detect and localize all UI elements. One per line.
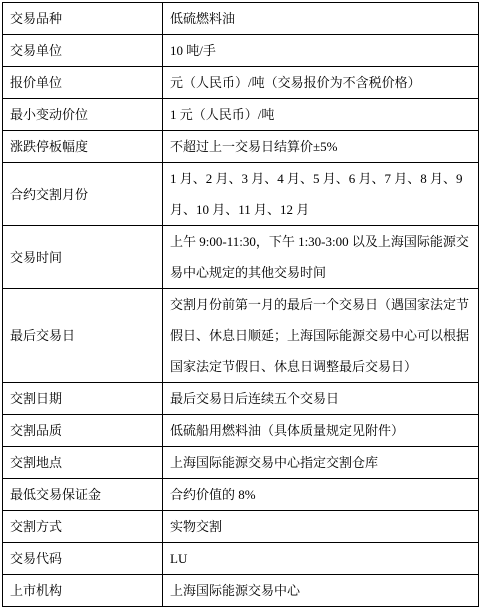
table-row: 交易品种低硫燃料油 — [3, 3, 479, 35]
spec-value: 10 吨/手 — [163, 35, 479, 67]
spec-label: 最小变动价位 — [3, 99, 163, 131]
spec-value: 最后交易日后连续五个交易日 — [163, 383, 479, 415]
spec-label: 交易单位 — [3, 35, 163, 67]
spec-label: 报价单位 — [3, 67, 163, 99]
table-row: 报价单位元（人民币）/吨（交易报价为不含税价格） — [3, 67, 479, 99]
spec-label: 交割地点 — [3, 447, 163, 479]
spec-label: 涨跌停板幅度 — [3, 131, 163, 163]
table-row: 涨跌停板幅度不超过上一交易日结算价±5% — [3, 131, 479, 163]
table-row: 交割日期最后交易日后连续五个交易日 — [3, 383, 479, 415]
spec-label: 交割品质 — [3, 415, 163, 447]
spec-value: 上海国际能源交易中心指定交割仓库 — [163, 447, 479, 479]
spec-value: 不超过上一交易日结算价±5% — [163, 131, 479, 163]
spec-value: 合约价值的 8% — [163, 479, 479, 511]
spec-label: 合约交割月份 — [3, 163, 163, 226]
spec-label: 交易时间 — [3, 226, 163, 289]
spec-value: 1 元（人民币）/吨 — [163, 99, 479, 131]
spec-table-body: 交易品种低硫燃料油交易单位10 吨/手报价单位元（人民币）/吨（交易报价为不含税… — [3, 3, 479, 607]
spec-value: 1 月、2 月、3 月、4 月、5 月、6 月、7 月、8 月、9 月、10 月… — [163, 163, 479, 226]
spec-value: 实物交割 — [163, 511, 479, 543]
spec-value: 低硫船用燃料油（具体质量规定见附件） — [163, 415, 479, 447]
spec-value: 上午 9:00-11:30，下午 1:30-3:00 以及上海国际能源交易中心规… — [163, 226, 479, 289]
spec-label: 上市机构 — [3, 575, 163, 607]
spec-value: 低硫燃料油 — [163, 3, 479, 35]
contract-spec-table: 交易品种低硫燃料油交易单位10 吨/手报价单位元（人民币）/吨（交易报价为不含税… — [2, 2, 479, 607]
spec-value: 上海国际能源交易中心 — [163, 575, 479, 607]
spec-value: 元（人民币）/吨（交易报价为不含税价格） — [163, 67, 479, 99]
table-row: 交割地点上海国际能源交易中心指定交割仓库 — [3, 447, 479, 479]
table-row: 最小变动价位1 元（人民币）/吨 — [3, 99, 479, 131]
table-row: 合约交割月份1 月、2 月、3 月、4 月、5 月、6 月、7 月、8 月、9 … — [3, 163, 479, 226]
spec-label: 交易品种 — [3, 3, 163, 35]
table-row: 交易单位10 吨/手 — [3, 35, 479, 67]
spec-value: 交割月份前第一月的最后一个交易日（遇国家法定节假日、休息日顺延；上海国际能源交易… — [163, 289, 479, 383]
table-row: 交割品质低硫船用燃料油（具体质量规定见附件） — [3, 415, 479, 447]
table-row: 交割方式实物交割 — [3, 511, 479, 543]
spec-label: 最低交易保证金 — [3, 479, 163, 511]
spec-value: LU — [163, 543, 479, 575]
table-row: 最后交易日交割月份前第一月的最后一个交易日（遇国家法定节假日、休息日顺延；上海国… — [3, 289, 479, 383]
spec-label: 交割方式 — [3, 511, 163, 543]
table-row: 最低交易保证金合约价值的 8% — [3, 479, 479, 511]
table-row: 交易时间上午 9:00-11:30，下午 1:30-3:00 以及上海国际能源交… — [3, 226, 479, 289]
spec-label: 最后交易日 — [3, 289, 163, 383]
table-row: 交易代码LU — [3, 543, 479, 575]
spec-label: 交易代码 — [3, 543, 163, 575]
table-row: 上市机构上海国际能源交易中心 — [3, 575, 479, 607]
spec-label: 交割日期 — [3, 383, 163, 415]
